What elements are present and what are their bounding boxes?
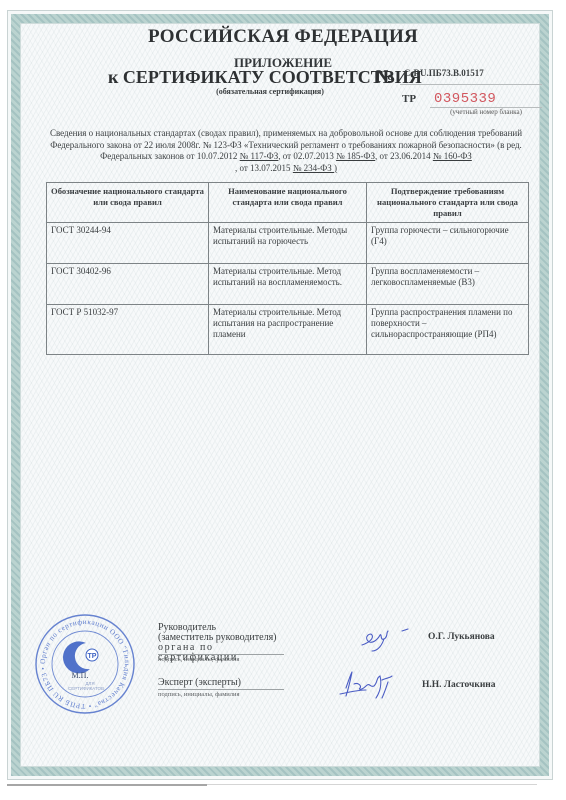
intro-paragraph: Сведения о национальных стандартах (свод… (42, 128, 530, 174)
certificate-title: к СЕРТИФИКАТУ СООТВЕТСТВИЯ (108, 67, 422, 88)
blank-series: ТР (402, 93, 416, 105)
expert-role: Эксперт (эксперты) (158, 678, 241, 688)
country-title: РОССИЙСКАЯ ФЕДЕРАЦИЯ (0, 26, 566, 48)
expert-signature (336, 668, 408, 705)
svg-text:М.П.: М.П. (72, 671, 89, 680)
law-link-185: № 185-ФЗ (336, 151, 375, 161)
blank-caption: (учетный номер бланка) (430, 108, 542, 116)
table-row: ГОСТ 30402-96 Материалы строительные. Ме… (47, 264, 529, 305)
certificate-number-underline (400, 84, 542, 85)
svg-text:СЕРТИФИКАТОВ: СЕРТИФИКАТОВ (68, 686, 104, 691)
blank-number: 0395339 (434, 91, 496, 107)
table-row: ГОСТ Р 51032-97 Материалы строительные. … (47, 305, 529, 355)
official-stamp: Орган по сертификации ООО "Гильдия Качес… (34, 613, 136, 715)
standards-table: Обозначение национального стандарта или … (46, 182, 529, 355)
cell-designation: ГОСТ 30244-94 (47, 223, 209, 264)
table-header-row: Обозначение национального стандарта или … (47, 183, 529, 223)
intro-text: , от 23.06.2014 (375, 151, 433, 161)
cell-name: Материалы строительные. Метод испытания … (209, 305, 367, 355)
head-name: О.Г. Лукьянова (428, 632, 495, 642)
expert-signature-line (158, 689, 284, 690)
header-confirmation: Подтверждение требованиям национального … (367, 183, 529, 223)
header-designation: Обозначение национального стандарта или … (47, 183, 209, 223)
cell-designation: ГОСТ Р 51032-97 (47, 305, 209, 355)
divider (207, 784, 537, 785)
cell-confirmation: Группа горючести – сильногорючие (Г4) (367, 223, 529, 264)
law-link-234: № 234-ФЗ ) (293, 163, 337, 173)
head-signature-line (158, 654, 284, 655)
intro-text: , от 02.07.2013 (278, 151, 336, 161)
cell-name: Материалы строительные. Метод испытаний … (209, 264, 367, 305)
header-name: Наименование национального стандарта или… (209, 183, 367, 223)
number-sign: № (376, 66, 394, 87)
cell-designation: ГОСТ 30402-96 (47, 264, 209, 305)
cell-confirmation: Группа воспламеняемости – легковоспламен… (367, 264, 529, 305)
cell-name: Материалы строительные. Методы испытаний… (209, 223, 367, 264)
expert-name: Н.Н. Ласточкина (422, 680, 496, 690)
svg-text:ТР: ТР (88, 653, 97, 660)
law-link-117: № 117-ФЗ (240, 151, 279, 161)
law-link-160: № 160-ФЗ (433, 151, 472, 161)
svg-text:Орган по сертификации ООО "Гил: Орган по сертификации ООО "Гильдия Качес… (39, 618, 131, 710)
expert-caption: подпись, инициалы, фамилия (158, 691, 240, 698)
divider (7, 784, 207, 786)
intro-text: , от 13.07.2015 (235, 163, 293, 173)
cell-confirmation: Группа распространения пламени по поверх… (367, 305, 529, 355)
table-row: ГОСТ 30244-94 Материалы строительные. Ме… (47, 223, 529, 264)
head-signature (358, 625, 418, 660)
mandatory-note: (обязательная сертификация) (195, 87, 345, 96)
certificate-number: С-RU.ПБ73.В.01517 (404, 68, 484, 78)
head-caption: подпись, инициалы, фамилия (158, 656, 240, 663)
